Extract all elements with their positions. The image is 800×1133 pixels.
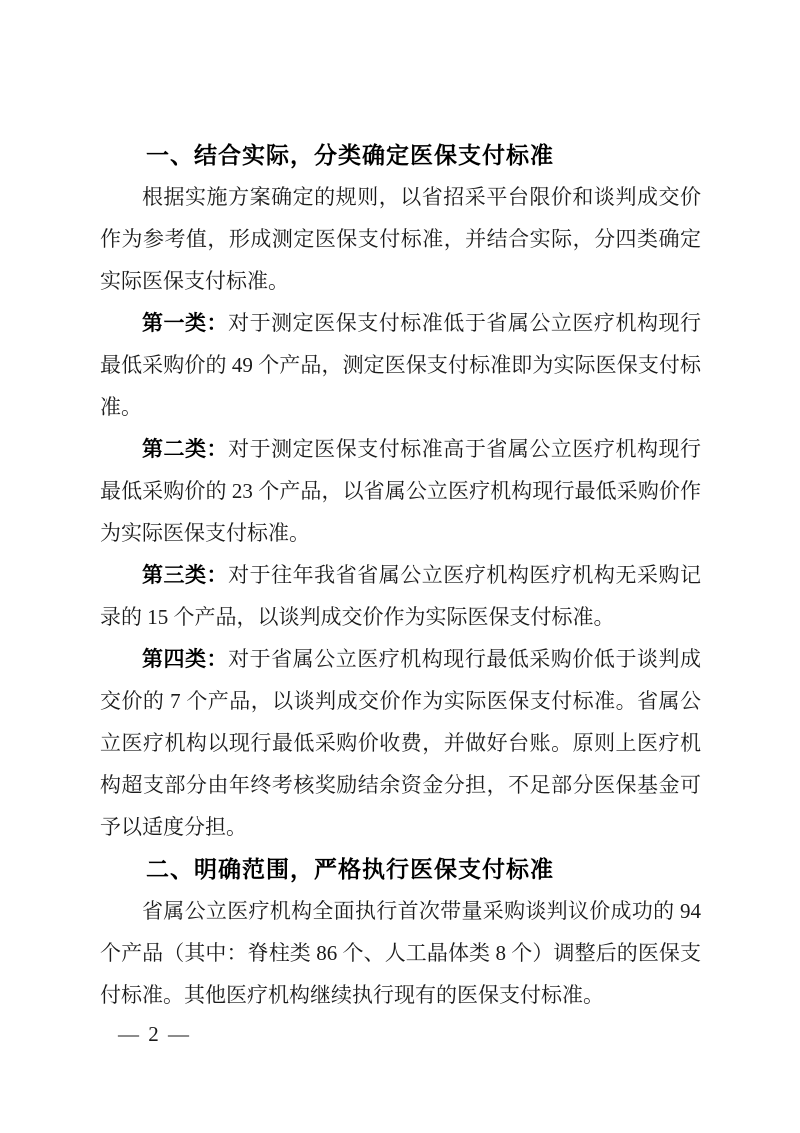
paragraph-text: 省属公立医疗机构全面执行首次带量采购谈判议价成功的 94 个产品（其中：脊柱类 … [100,899,701,1007]
paragraph-label: 第四类： [142,647,228,671]
section-1-heading: 一、结合实际，分类确定医保支付标准 [100,134,701,176]
paragraph-text: 根据实施方案确定的规则，以省招采平台限价和谈判成交价作为参考值，形成测定医保支付… [100,185,701,293]
paragraph-intro: 根据实施方案确定的规则，以省招采平台限价和谈判成交价作为参考值，形成测定医保支付… [100,176,701,302]
paragraph-category-3: 第三类：对于往年我省省属公立医疗机构医疗机构无采购记录的 15 个产品，以谈判成… [100,554,701,638]
document-content: 一、结合实际，分类确定医保支付标准 根据实施方案确定的规则，以省招采平台限价和谈… [100,134,701,1016]
paragraph-category-1: 第一类：对于测定医保支付标准低于省属公立医疗机构现行最低采购价的 49 个产品，… [100,302,701,428]
page-number: — 2 — [118,1013,191,1055]
paragraph-label: 第一类： [142,311,228,335]
paragraph-scope: 省属公立医疗机构全面执行首次带量采购谈判议价成功的 94 个产品（其中：脊柱类 … [100,890,701,1016]
section-2-heading: 二、明确范围，严格执行医保支付标准 [100,848,701,890]
paragraph-label: 第三类： [142,563,228,587]
paragraph-category-4: 第四类：对于省属公立医疗机构现行最低采购价低于谈判成交价的 7 个产品，以谈判成… [100,638,701,848]
paragraph-text: 对于省属公立医疗机构现行最低采购价低于谈判成交价的 7 个产品，以谈判成交价作为… [100,647,701,839]
paragraph-label: 第二类： [142,437,228,461]
paragraph-category-2: 第二类：对于测定医保支付标准高于省属公立医疗机构现行最低采购价的 23 个产品，… [100,428,701,554]
document-page: 一、结合实际，分类确定医保支付标准 根据实施方案确定的规则，以省招采平台限价和谈… [0,0,800,1133]
